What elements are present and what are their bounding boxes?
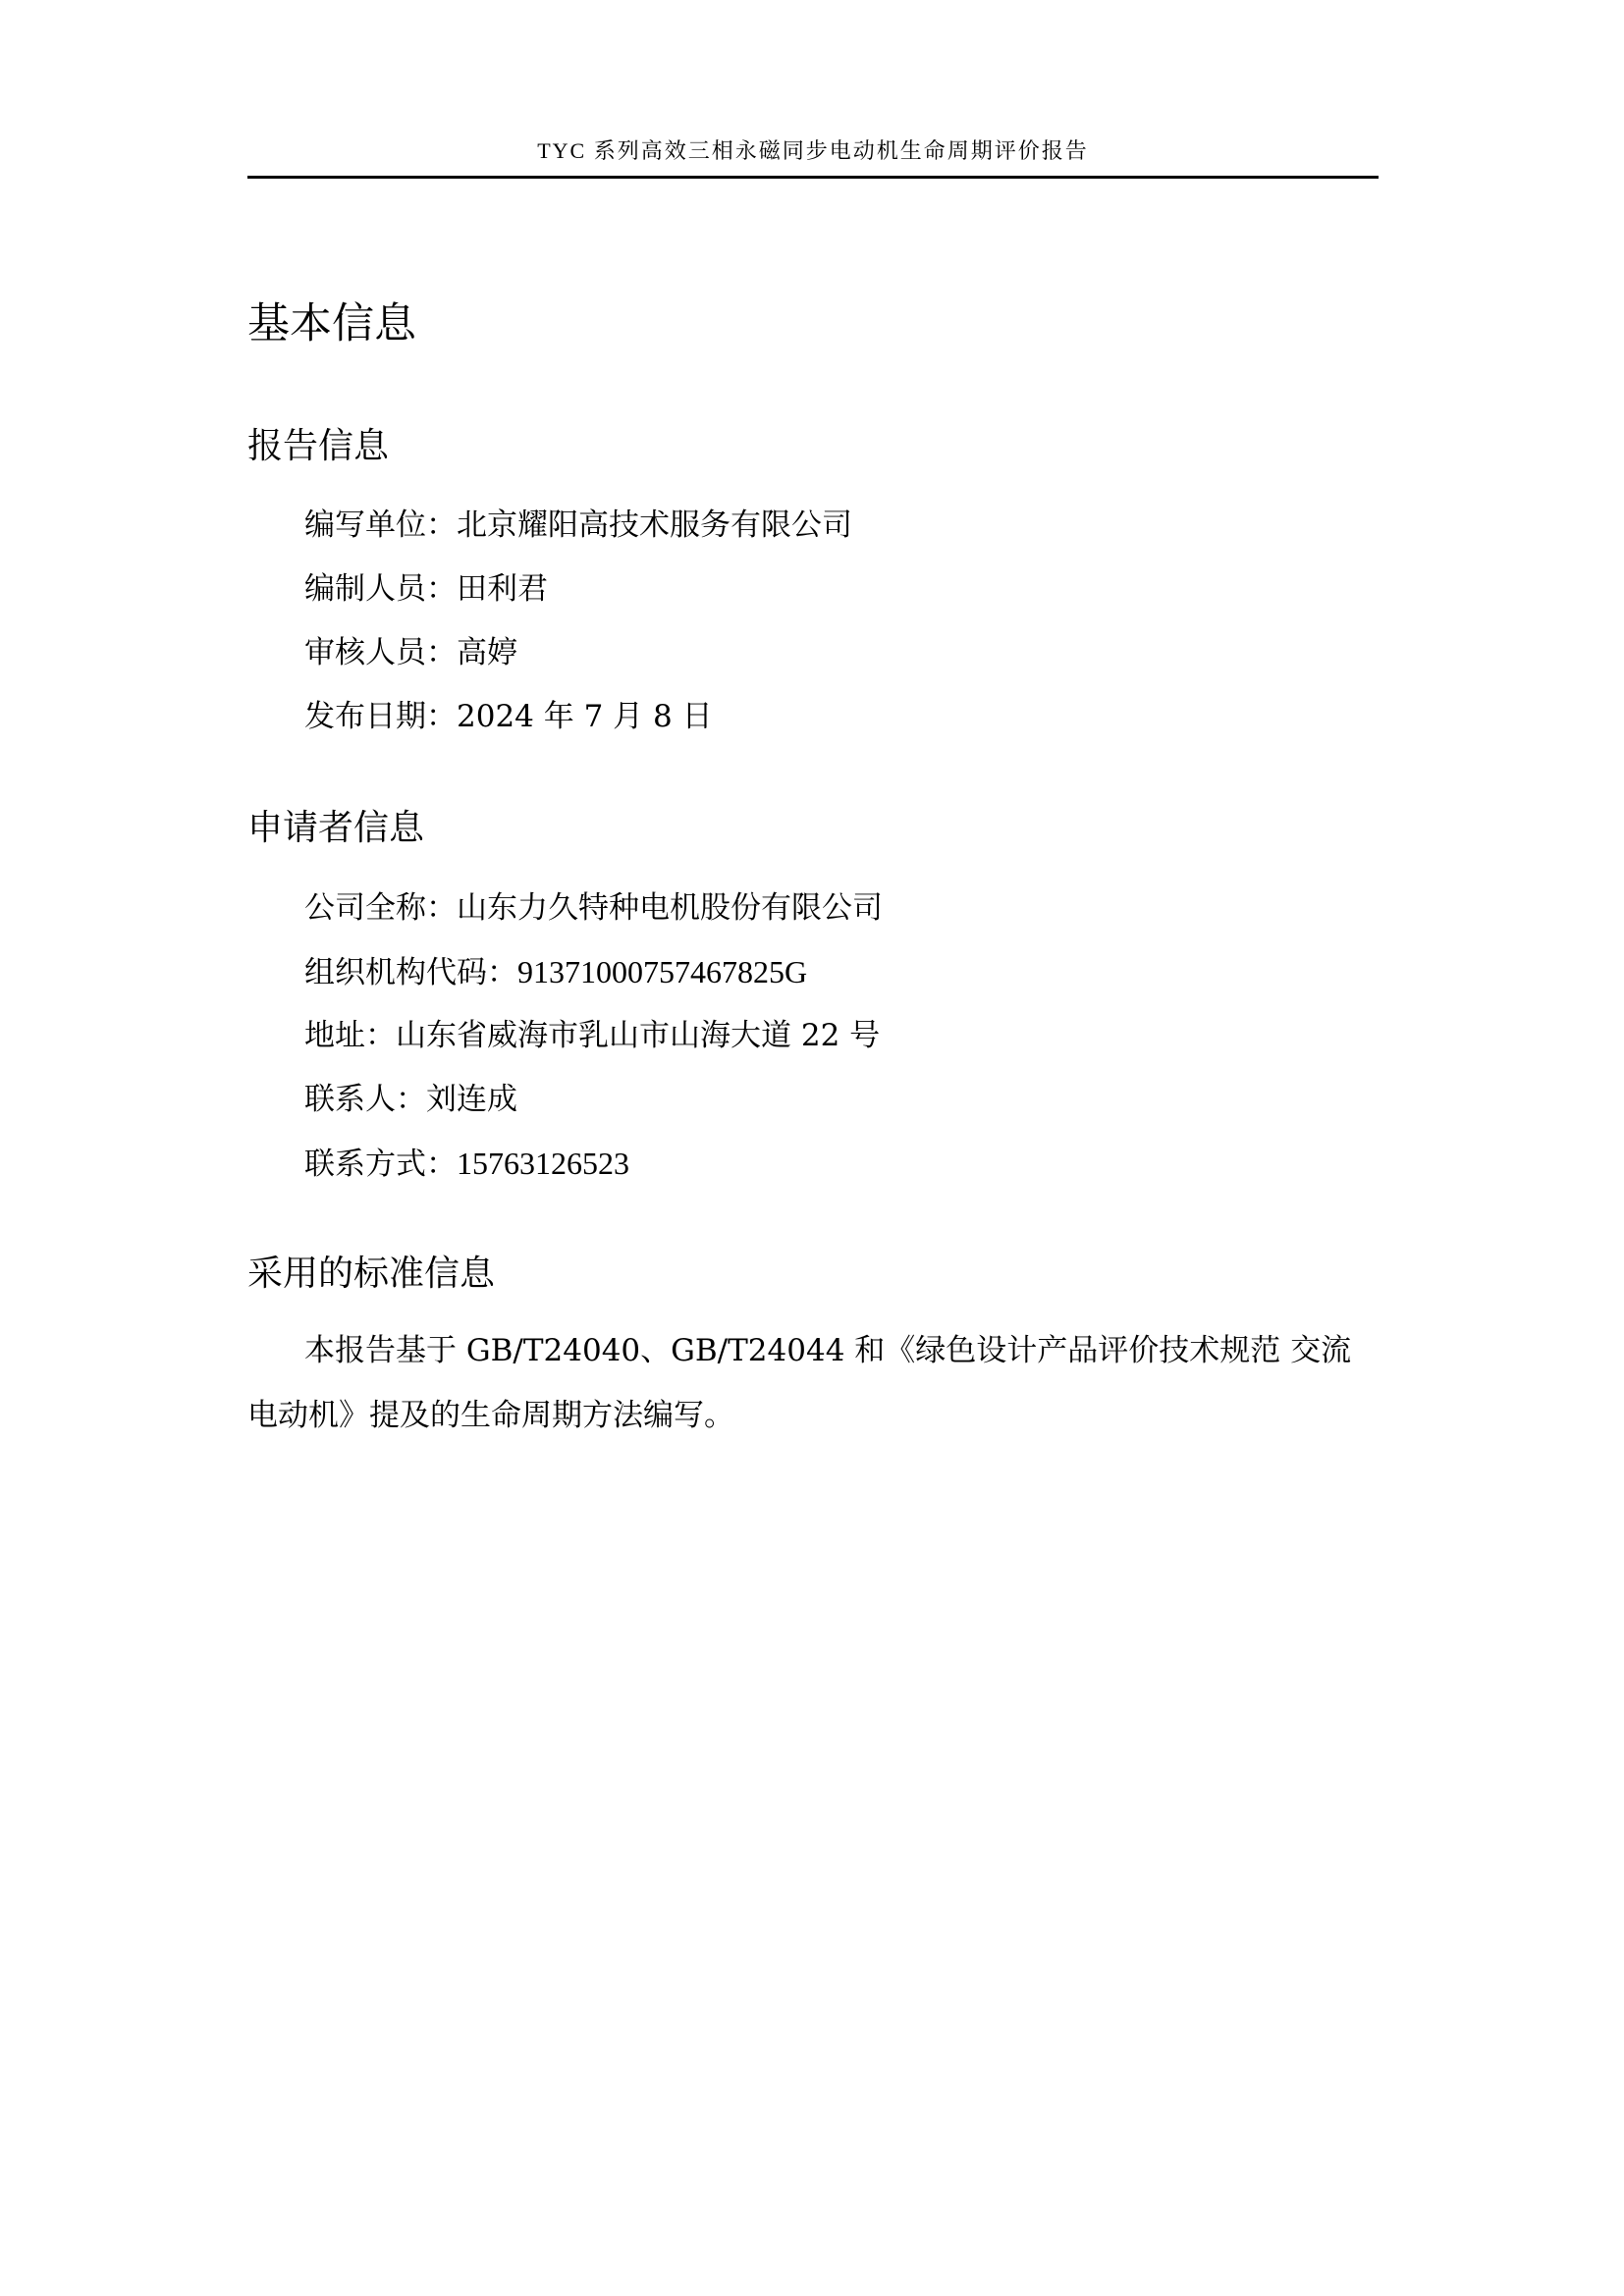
- field-org-code: 组织机构代码：91371000757467825G: [304, 950, 807, 994]
- applicant-info-heading: 申请者信息: [247, 805, 424, 852]
- header-divider: [247, 176, 1379, 179]
- field-label: 编写单位：: [304, 507, 457, 543]
- field-compiler: 编制人员：田利君: [304, 567, 548, 611]
- field-author-org: 编写单位：北京耀阳高技术服务有限公司: [304, 504, 852, 547]
- field-label: 编制人员：: [304, 571, 457, 607]
- field-value: 山东力久特种电机股份有限公司: [457, 890, 883, 926]
- field-publish-date: 发布日期：2024 年 7 月 8 日: [304, 695, 713, 738]
- field-value: 2024 年 7 月 8 日: [457, 699, 713, 734]
- field-contact-phone: 联系方式：15763126523: [304, 1142, 629, 1186]
- standards-paragraph: 本报告基于 GB/T24040、GB/T24044 和《绿色设计产品评价技术规范…: [247, 1318, 1379, 1448]
- standards-paragraph-line2: 电动机》提及的生命周期方法编写。: [190, 1383, 734, 1448]
- field-label: 组织机构代码：: [304, 955, 517, 990]
- field-label: 审核人员：: [304, 635, 457, 670]
- field-label: 联系人：: [304, 1082, 426, 1117]
- field-label: 联系方式：: [304, 1147, 457, 1182]
- field-label: 地址：: [304, 1018, 396, 1053]
- report-info-heading: 报告信息: [247, 423, 389, 470]
- field-value: 北京耀阳高技术服务有限公司: [457, 507, 852, 543]
- field-value: 15763126523: [457, 1146, 629, 1181]
- field-value: 91371000757467825G: [517, 954, 807, 989]
- field-contact-person: 联系人：刘连成: [304, 1078, 517, 1121]
- page-header-title: TYC 系列高效三相永磁同步电动机生命周期评价报告: [247, 137, 1379, 165]
- field-value: 高婷: [457, 635, 517, 670]
- field-label: 公司全称：: [304, 890, 457, 926]
- standards-info-heading: 采用的标准信息: [247, 1251, 495, 1298]
- field-value: 田利君: [457, 571, 548, 607]
- standards-paragraph-line1: 本报告基于 GB/T24040、GB/T24044 和《绿色设计产品评价技术规范…: [304, 1333, 1351, 1368]
- section-title: 基本信息: [247, 296, 416, 351]
- field-value: 刘连成: [426, 1082, 517, 1117]
- field-label: 发布日期：: [304, 699, 457, 734]
- field-address: 地址：山东省威海市乳山市山海大道 22 号: [304, 1014, 880, 1057]
- field-value: 山东省威海市乳山市山海大道 22 号: [396, 1018, 880, 1053]
- field-company-name: 公司全称：山东力久特种电机股份有限公司: [304, 886, 883, 930]
- field-reviewer: 审核人员：高婷: [304, 631, 517, 674]
